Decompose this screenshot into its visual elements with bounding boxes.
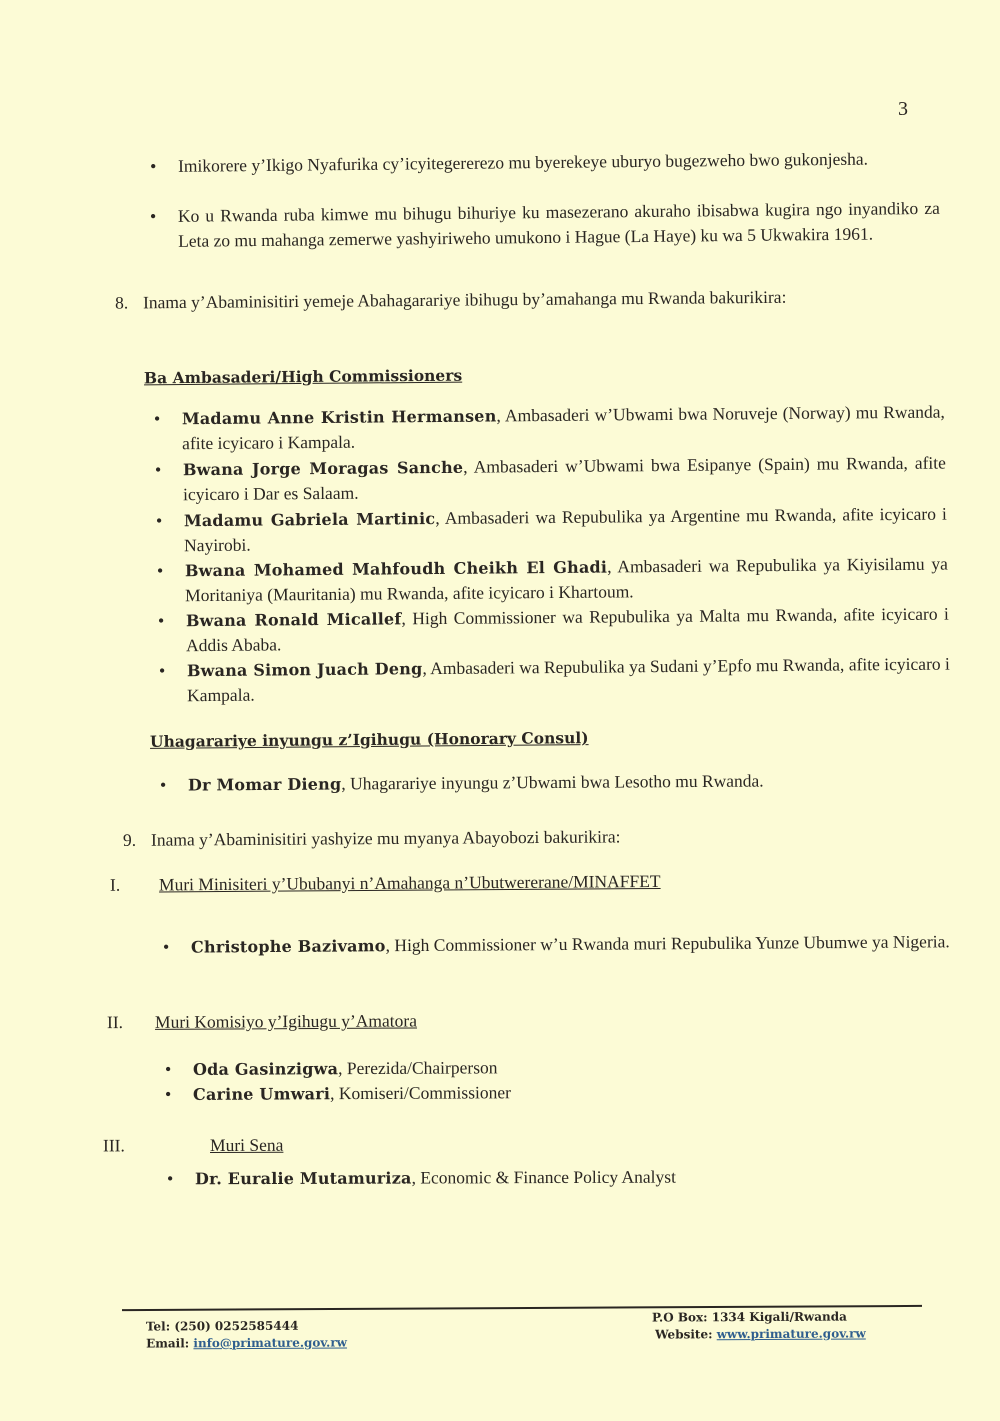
section-title: Muri Komisiyo y’Igihugu y’Amatora — [155, 1008, 417, 1034]
section-senate: III. Muri Sena — [103, 1131, 903, 1160]
ambassadors-heading: Ba Ambasaderi/High Commissioners — [144, 366, 462, 388]
footer-pobox: P.O Box: 1334 Kigali/Rwanda — [652, 1308, 866, 1326]
section-minaffet: I. Muri Minisiteri y’Ububanyi n’Amahanga… — [110, 867, 910, 899]
appointee-desc: , Economic & Finance Policy Analyst — [412, 1167, 676, 1188]
footer-address: P.O Box: 1334 Kigali/Rwanda Website: www… — [652, 1308, 866, 1343]
appointee-item: Christophe Bazivamo, High Commissioner w… — [161, 929, 956, 960]
section-title: Muri Minisiteri y’Ububanyi n’Amahanga n’… — [159, 869, 661, 898]
appointee-name: Carine Umwari — [193, 1084, 330, 1104]
item-9-text: Inama y’Abaminisitiri yashyize mu myanya… — [151, 826, 621, 849]
website-label: Website: — [655, 1327, 713, 1341]
appointee-name: Dr. Euralie Mutamuriza — [195, 1169, 412, 1189]
page-number: 3 — [898, 98, 908, 121]
consul-item: Dr Momar Dieng, Uhagarariye inyungu z’Ub… — [158, 767, 948, 798]
ambassador-name: Bwana Simon Juach Deng — [187, 659, 423, 680]
intro-bullet-text: Imikorere y’Ikigo Nyafurika cy’icyiteger… — [178, 149, 868, 176]
tel-label: Tel: — [146, 1319, 170, 1333]
appointee-desc: , Perezida/Chairperson — [338, 1057, 497, 1078]
ambassador-item: Madamu Anne Kristin Hermansen, Ambasader… — [152, 400, 945, 457]
consul-name: Dr Momar Dieng — [188, 774, 341, 794]
intro-bullet: Ko u Rwanda ruba kimwe mu bihugu bihuriy… — [148, 196, 940, 254]
honorary-consul-heading: Uhagarariye inyungu z’Igihugu (Honorary … — [150, 728, 589, 751]
footer-email: Email: info@primature.gov.rw — [146, 1334, 347, 1352]
appointee-item: Dr. Euralie Mutamuriza, Economic & Finan… — [165, 1164, 955, 1192]
ambassador-item: Bwana Mohamed Mahfoudh Cheikh El Ghadi, … — [155, 552, 948, 609]
website-link[interactable]: www.primature.gov.rw — [717, 1326, 866, 1341]
appointee-desc: , Komiseri/Commissioner — [330, 1082, 511, 1103]
footer-tel: Tel: (250) 0252585444 — [146, 1317, 347, 1335]
section-numeral: I. — [110, 873, 120, 898]
item-8-number: 8. — [115, 290, 128, 315]
footer-contact: Tel: (250) 0252585444 Email: info@primat… — [146, 1317, 347, 1352]
section-election-commission: II. Muri Komisiyo y’Igihugu y’Amatora — [107, 1006, 907, 1036]
section-title: Muri Sena — [210, 1133, 283, 1158]
appointee-name: Oda Gasinzigwa — [193, 1059, 338, 1079]
email-label: Email: — [146, 1336, 189, 1350]
ambassador-item: Bwana Ronald Micallef, High Commissioner… — [156, 602, 949, 659]
ambassador-item: Bwana Jorge Moragas Sanche, Ambasaderi w… — [153, 451, 946, 508]
ambassador-item: Bwana Simon Juach Deng, Ambasaderi wa Re… — [157, 652, 950, 709]
ambassador-name: Bwana Ronald Micallef — [186, 609, 402, 630]
item-9-number: 9. — [123, 828, 136, 853]
ambassador-name: Madamu Gabriela Martinic — [184, 509, 436, 530]
appointee-name: Christophe Bazivamo — [191, 936, 386, 956]
item-8: 8. Inama y’Abaminisitiri yemeje Abahagar… — [143, 284, 913, 316]
appointee-item: Carine Umwari, Komiseri/Commissioner — [163, 1078, 953, 1107]
tel-value: (250) 0252585444 — [174, 1319, 298, 1334]
item-9: 9. Inama y’Abaminisitiri yashyize mu mya… — [151, 822, 921, 852]
ambassador-name: Bwana Jorge Moragas Sanche — [183, 458, 463, 479]
section-numeral: III. — [103, 1133, 125, 1158]
appointee-desc: , High Commissioner w’u Rwanda muri Repu… — [386, 931, 950, 955]
consul-desc: , Uhagarariye inyungu z’Ubwami bwa Lesot… — [341, 771, 763, 794]
item-8-text: Inama y’Abaminisitiri yemeje Abahagarari… — [143, 287, 787, 313]
email-link[interactable]: info@primature.gov.rw — [193, 1335, 347, 1350]
section-numeral: II. — [107, 1010, 123, 1035]
ambassador-name: Bwana Mohamed Mahfoudh Cheikh El Ghadi — [185, 558, 607, 581]
footer-website: Website: www.primature.gov.rw — [652, 1325, 866, 1343]
ambassador-item: Madamu Gabriela Martinic, Ambasaderi wa … — [154, 502, 947, 559]
intro-bullet-text: Ko u Rwanda ruba kimwe mu bihugu bihuriy… — [178, 198, 940, 251]
intro-bullet: Imikorere y’Ikigo Nyafurika cy’icyiteger… — [148, 146, 940, 179]
ambassador-name: Madamu Anne Kristin Hermansen — [182, 406, 497, 428]
